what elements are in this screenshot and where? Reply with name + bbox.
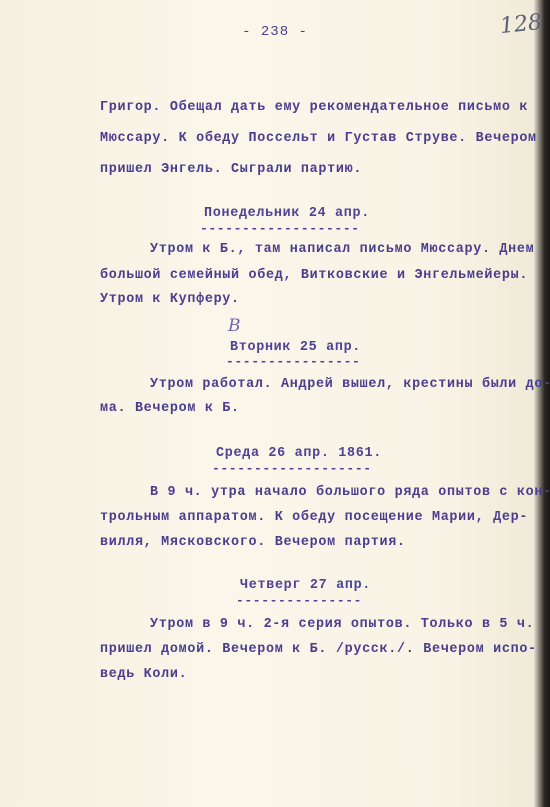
text-line: Утром к Б., там написал письмо Мюссару. … [150,242,534,257]
entry-heading-monday: Понедельник 24 апр. [204,206,370,221]
heading-underline: ------------------- [200,224,360,234]
heading-underline: --------------- [236,596,362,606]
text-line: ма. Вечером к Б. [100,401,240,416]
heading-underline: ------------------- [212,464,372,474]
text-line: вилля, Мясковского. Вечером партия. [100,535,406,550]
text-line: Утром работал. Андрей вышел, крестины бы… [150,377,550,392]
document-page: - 238 - 128 Григор. Обещал дать ему реко… [0,0,550,807]
text-line: ведь Коли. [100,667,187,682]
entry-heading-tuesday: Вторник 25 апр. [230,340,361,355]
text-line: Утром к Купферу. [100,292,240,307]
entry-heading-wednesday: Среда 26 апр. 1861. [216,446,382,461]
text-line: пришел домой. Вечером к Б. /русск./. Веч… [100,642,537,657]
page-number: - 238 - [0,24,550,40]
pencil-annotation: В [228,316,241,336]
text-line: трольным аппаратом. К обеду посещение Ма… [100,510,528,525]
text-line: пришел Энгель. Сыграли партию. [100,162,362,177]
text-line: Григор. Обещал дать ему рекомендательное… [100,100,528,115]
heading-underline: ---------------- [226,357,360,367]
entry-heading-thursday: Четверг 27 апр. [240,578,371,593]
text-line: В 9 ч. утра начало большого ряда опытов … [150,485,550,500]
handwritten-folio-number: 128 [499,10,543,39]
text-line: большой семейный обед, Витковские и Энге… [100,268,528,283]
text-line: Мюссару. К обеду Поссельт и Густав Струв… [100,131,537,146]
text-line: Утром в 9 ч. 2-я серия опытов. Только в … [150,617,534,632]
